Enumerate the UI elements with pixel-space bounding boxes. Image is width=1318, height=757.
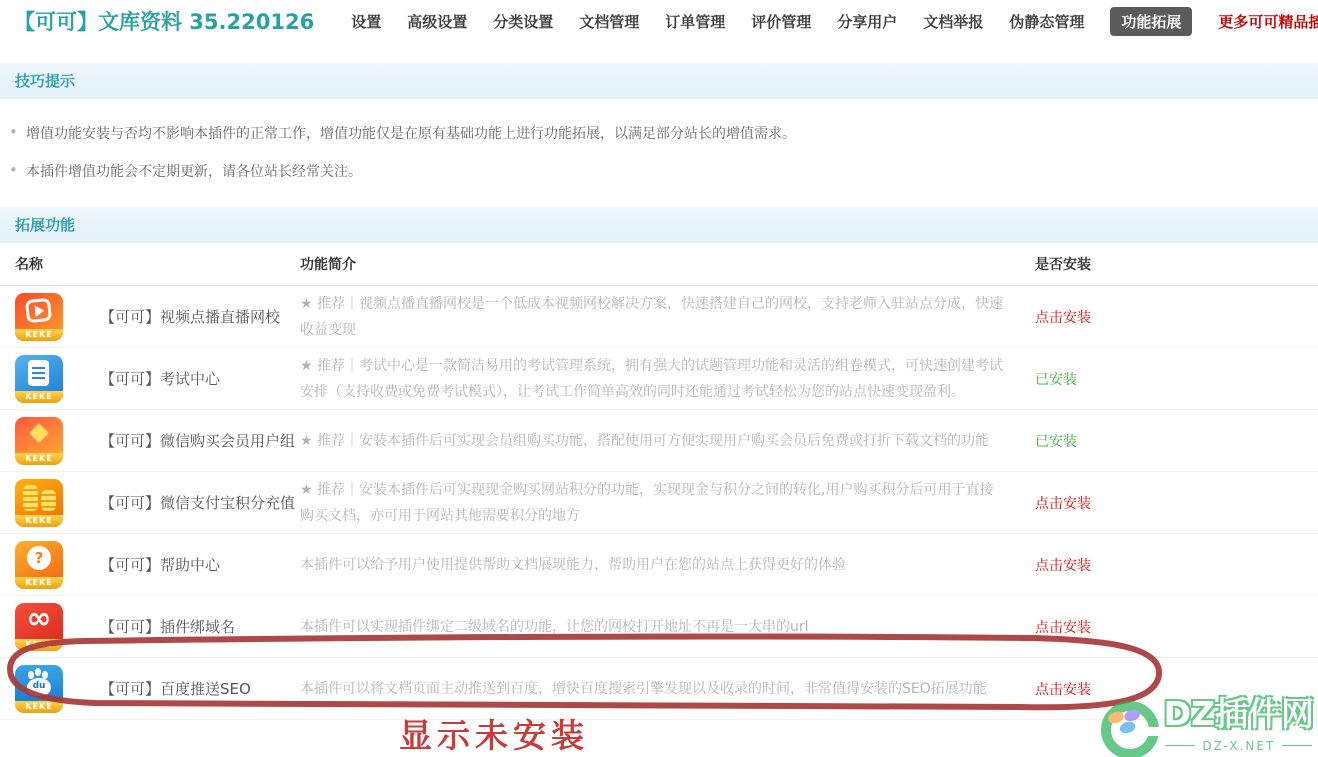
not-installed-note: 显示未安装 — [399, 710, 589, 757]
tip-item: 增值功能安装与否均不影响本插件的正常工作，增值功能仅是在原有基础功能上进行功能拓… — [2, 123, 1318, 143]
column-header-name: 名称 — [0, 254, 300, 274]
nav-item-rewrite-management[interactable]: 伪静态管理 — [1009, 11, 1084, 32]
watermark-domain: DZ-X.NET — [1164, 739, 1314, 753]
plugin-desc: 本插件可以实现插件绑定二级域名的功能，让您的网校打开地址不再是一大串的url — [300, 614, 1035, 640]
extensions-section-header: 拓展功能 — [0, 207, 1318, 243]
install-link[interactable]: 点击安装 — [1035, 496, 1091, 512]
plugin-name: 【可可】帮助中心 — [100, 554, 220, 575]
table-header-row: 名称 功能简介 是否安装 — [0, 243, 1318, 286]
table-row: du KEKE 【可可】百度推送SEO 本插件可以将文档页面主动推送到百度，增快… — [0, 658, 1318, 720]
plugin-name: 【可可】微信支付宝积分充值 — [100, 492, 295, 513]
plugin-desc: ★ 推荐｜安装本插件后可实现会员组购买功能，搭配使用可方便实现用户购买会员后免费… — [300, 428, 1035, 454]
keke-brand-label: KEKE — [15, 515, 63, 527]
plugin-desc: 本插件可以给予用户使用提供帮助文档展现能力，帮助用户在您的站点上获得更好的体验 — [300, 552, 1035, 578]
coins-icon: KEKE — [15, 479, 63, 527]
baidu-paw-icon: du KEKE — [15, 665, 63, 713]
install-link[interactable]: 点击安装 — [1035, 620, 1091, 636]
table-row: KEKE 【可可】插件绑域名 本插件可以实现插件绑定二级域名的功能，让您的网校打… — [0, 596, 1318, 658]
nav-item-feature-extensions-active[interactable]: 功能拓展 — [1110, 7, 1192, 36]
plugin-desc: ★ 推荐｜考试中心是一款简洁易用的考试管理系统，拥有强大的试题管理功能和灵活的组… — [300, 353, 1035, 405]
exam-doc-icon: KEKE — [15, 355, 63, 403]
plugin-name: 【可可】插件绑域名 — [100, 616, 235, 637]
keke-brand-label: KEKE — [15, 577, 63, 589]
tip-item: 本插件增值功能会不定期更新，请各位站长经常关注。 — [2, 161, 1318, 181]
nav-item-document-report[interactable]: 文档举报 — [923, 11, 983, 32]
install-link[interactable]: 点击安装 — [1035, 558, 1091, 574]
plugin-desc: 本插件可以将文档页面主动推送到百度，增快百度搜索引擎发现以及收录的时间，非常值得… — [300, 676, 1035, 702]
page-title: 【可可】文库资料 35.220126 — [14, 6, 314, 36]
keke-brand-label: KEKE — [15, 453, 63, 465]
baidu-du-label: du — [27, 681, 51, 691]
plugin-name: 【可可】微信购买会员用户组 — [100, 430, 295, 451]
tips-section-header: 技巧提示 — [0, 63, 1318, 99]
install-link[interactable]: 点击安装 — [1035, 682, 1091, 698]
top-nav-bar: 【可可】文库资料 35.220126 设置 高级设置 分类设置 文档管理 订单管… — [0, 0, 1318, 42]
installed-status: 已安装 — [1035, 434, 1077, 450]
tips-list: 增值功能安装与否均不影响本插件的正常工作，增值功能仅是在原有基础功能上进行功能拓… — [0, 99, 1318, 201]
plugin-name: 【可可】百度推送SEO — [100, 678, 251, 699]
nav-item-advanced-settings[interactable]: 高级设置 — [407, 11, 467, 32]
table-row: KEKE 【可可】帮助中心 本插件可以给予用户使用提供帮助文档展现能力，帮助用户… — [0, 534, 1318, 596]
nav-item-settings[interactable]: 设置 — [351, 11, 381, 32]
keke-brand-label: KEKE — [15, 391, 63, 403]
nav-item-more-plugins[interactable]: 更多可可精品插件 — [1218, 11, 1318, 32]
question-icon: KEKE — [15, 541, 63, 589]
table-row: KEKE 【可可】微信购买会员用户组 ★ 推荐｜安装本插件后可实现会员组购买功能… — [0, 410, 1318, 472]
nav-item-category-settings[interactable]: 分类设置 — [493, 11, 553, 32]
table-row: KEKE 【可可】考试中心 ★ 推荐｜考试中心是一款简洁易用的考试管理系统，拥有… — [0, 348, 1318, 410]
video-play-icon: KEKE — [15, 293, 63, 341]
plugin-desc: ★ 推荐｜安装本插件后可实现现金购买网站积分的功能，实现现金与积分之间的转化,用… — [300, 477, 1035, 529]
table-row: KEKE 【可可】视频点播直播网校 ★ 推荐｜视频点播直播网校是一个低成本视频网… — [0, 286, 1318, 348]
plugin-admin-page: 【可可】文库资料 35.220126 设置 高级设置 分类设置 文档管理 订单管… — [0, 0, 1318, 757]
table-row: KEKE 【可可】微信支付宝积分充值 ★ 推荐｜安装本插件后可实现现金购买网站积… — [0, 472, 1318, 534]
keke-brand-label: KEKE — [15, 329, 63, 341]
plugin-name: 【可可】考试中心 — [100, 368, 220, 389]
install-link[interactable]: 点击安装 — [1035, 310, 1091, 326]
infinity-link-icon: KEKE — [15, 603, 63, 651]
keke-brand-label: KEKE — [15, 701, 63, 713]
plugin-name: 【可可】视频点播直播网校 — [100, 306, 280, 327]
plugin-desc: ★ 推荐｜视频点播直播网校是一个低成本视频网校解决方案，快速搭建自己的网校，支持… — [300, 291, 1035, 343]
keke-brand-label: KEKE — [15, 639, 63, 651]
nav-item-share-users[interactable]: 分享用户 — [837, 11, 897, 32]
column-header-desc: 功能简介 — [300, 254, 1035, 274]
nav-item-order-management[interactable]: 订单管理 — [665, 11, 725, 32]
diamond-icon: KEKE — [15, 417, 63, 465]
installed-status: 已安装 — [1035, 372, 1077, 388]
column-header-status: 是否安装 — [1035, 254, 1303, 274]
nav-item-review-management[interactable]: 评价管理 — [751, 11, 811, 32]
nav-item-document-management[interactable]: 文档管理 — [579, 11, 639, 32]
